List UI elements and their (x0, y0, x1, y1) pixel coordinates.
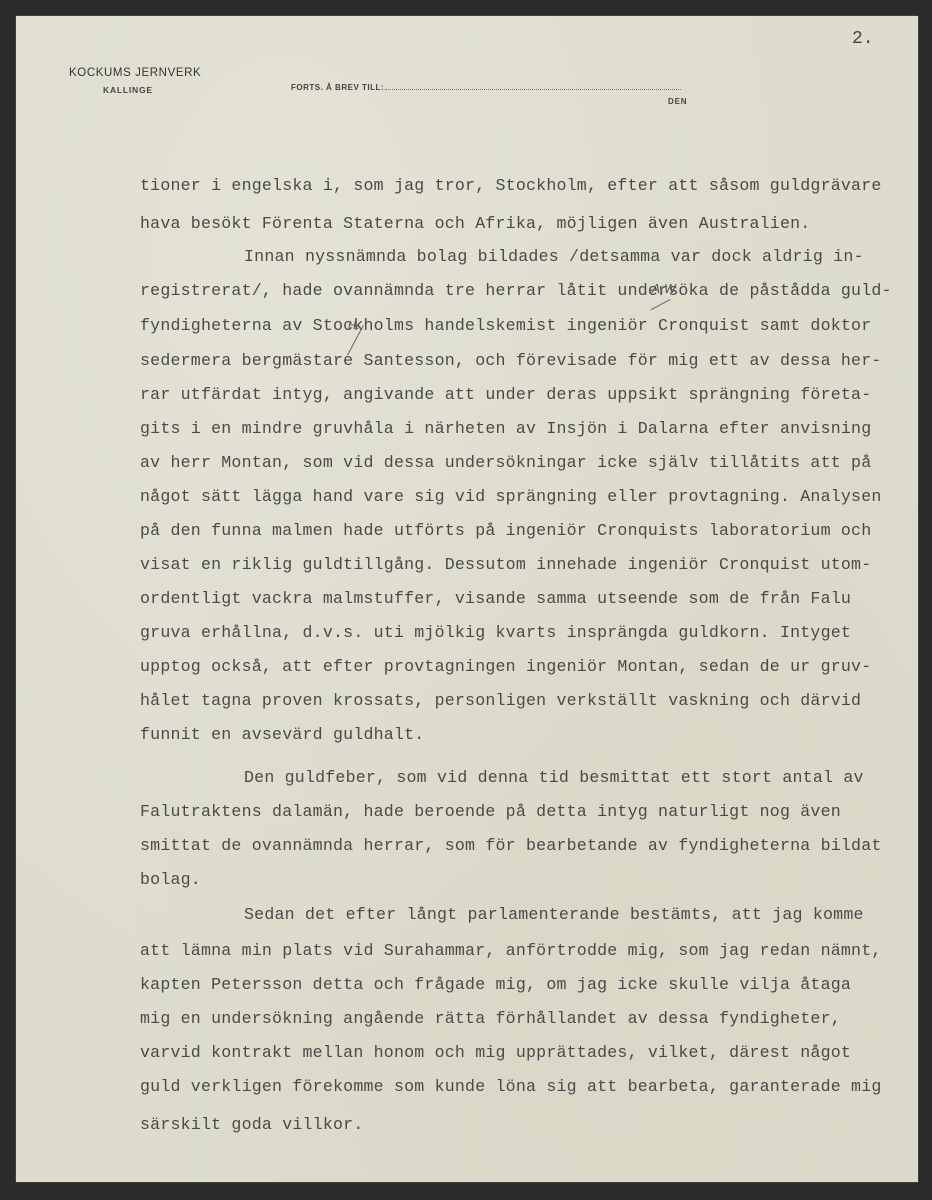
letterhead-location: KALLINGE (103, 85, 153, 95)
forts-field: FORTS. Å BREV TILL: (291, 80, 681, 92)
body-line: upptog också, att efter provtagningen in… (140, 656, 871, 678)
handwritten-annotation-aw: A.W. (652, 282, 679, 296)
body-line: tioner i engelska i, som jag tror, Stock… (140, 175, 882, 197)
body-line: kapten Petersson detta och frågade mig, … (140, 974, 851, 996)
document-page: 2. KOCKUMS JERNVERK KALLINGE FORTS. Å BR… (16, 16, 918, 1182)
body-line: smittat de ovannämnda herrar, som för be… (140, 835, 882, 857)
body-line: visat en riklig guldtillgång. Dessutom i… (140, 554, 871, 576)
body-line: Falutraktens dalamän, hade beroende på d… (140, 801, 841, 823)
body-line: sedermera bergmästare Santesson, och för… (140, 350, 882, 372)
body-line: hålet tagna proven krossats, personligen… (140, 690, 861, 712)
body-line: rar utfärdat intyg, angivande att under … (140, 384, 871, 406)
body-line: gits i en mindre gruvhåla i närheten av … (140, 418, 871, 440)
body-line: av herr Montan, som vid dessa undersökni… (140, 452, 871, 474)
body-line: registrerat/, hade ovannämnda tre herrar… (140, 280, 892, 302)
letterhead-company: KOCKUMS JERNVERK (69, 67, 201, 79)
paragraph-start-line: Den guldfeber, som vid denna tid besmitt… (244, 767, 864, 789)
body-line: funnit en avsevärd guldhalt. (140, 724, 424, 746)
page-number: 2. (852, 29, 874, 49)
handwritten-annotation-h: H. (348, 319, 360, 332)
body-line: guld verkligen förekomme som kunde löna … (140, 1076, 882, 1098)
body-line: särskilt goda villkor. (140, 1114, 363, 1136)
body-line: att lämna min plats vid Surahammar, anfö… (140, 940, 882, 962)
body-line: hava besökt Förenta Staterna och Afrika,… (140, 213, 810, 235)
body-line: något sätt lägga hand vare sig vid sprän… (140, 486, 882, 508)
body-line: ordentligt vackra malmstuffer, visande s… (140, 588, 851, 610)
body-line: på den funna malmen hade utförts på inge… (140, 520, 871, 542)
paragraph-start-line: Sedan det efter långt parlamenterande be… (244, 904, 864, 926)
body-line: varvid kontrakt mellan honom och mig upp… (140, 1042, 851, 1064)
paragraph-start-line: Innan nyssnämnda bolag bildades /detsamm… (244, 246, 864, 268)
typed-body: tioner i engelska i, som jag tror, Stock… (140, 158, 181, 728)
body-line: gruva erhållna, d.v.s. uti mjölkig kvart… (140, 622, 851, 644)
body-line: fyndigheterna av Stockholms handelskemis… (140, 315, 871, 337)
forts-label: FORTS. Å BREV TILL: (291, 83, 384, 92)
den-label: DEN (668, 97, 687, 106)
body-line: bolag. (140, 869, 201, 891)
forts-dotted-line (385, 80, 681, 90)
body-line: mig en undersökning angående rätta förhå… (140, 1008, 841, 1030)
